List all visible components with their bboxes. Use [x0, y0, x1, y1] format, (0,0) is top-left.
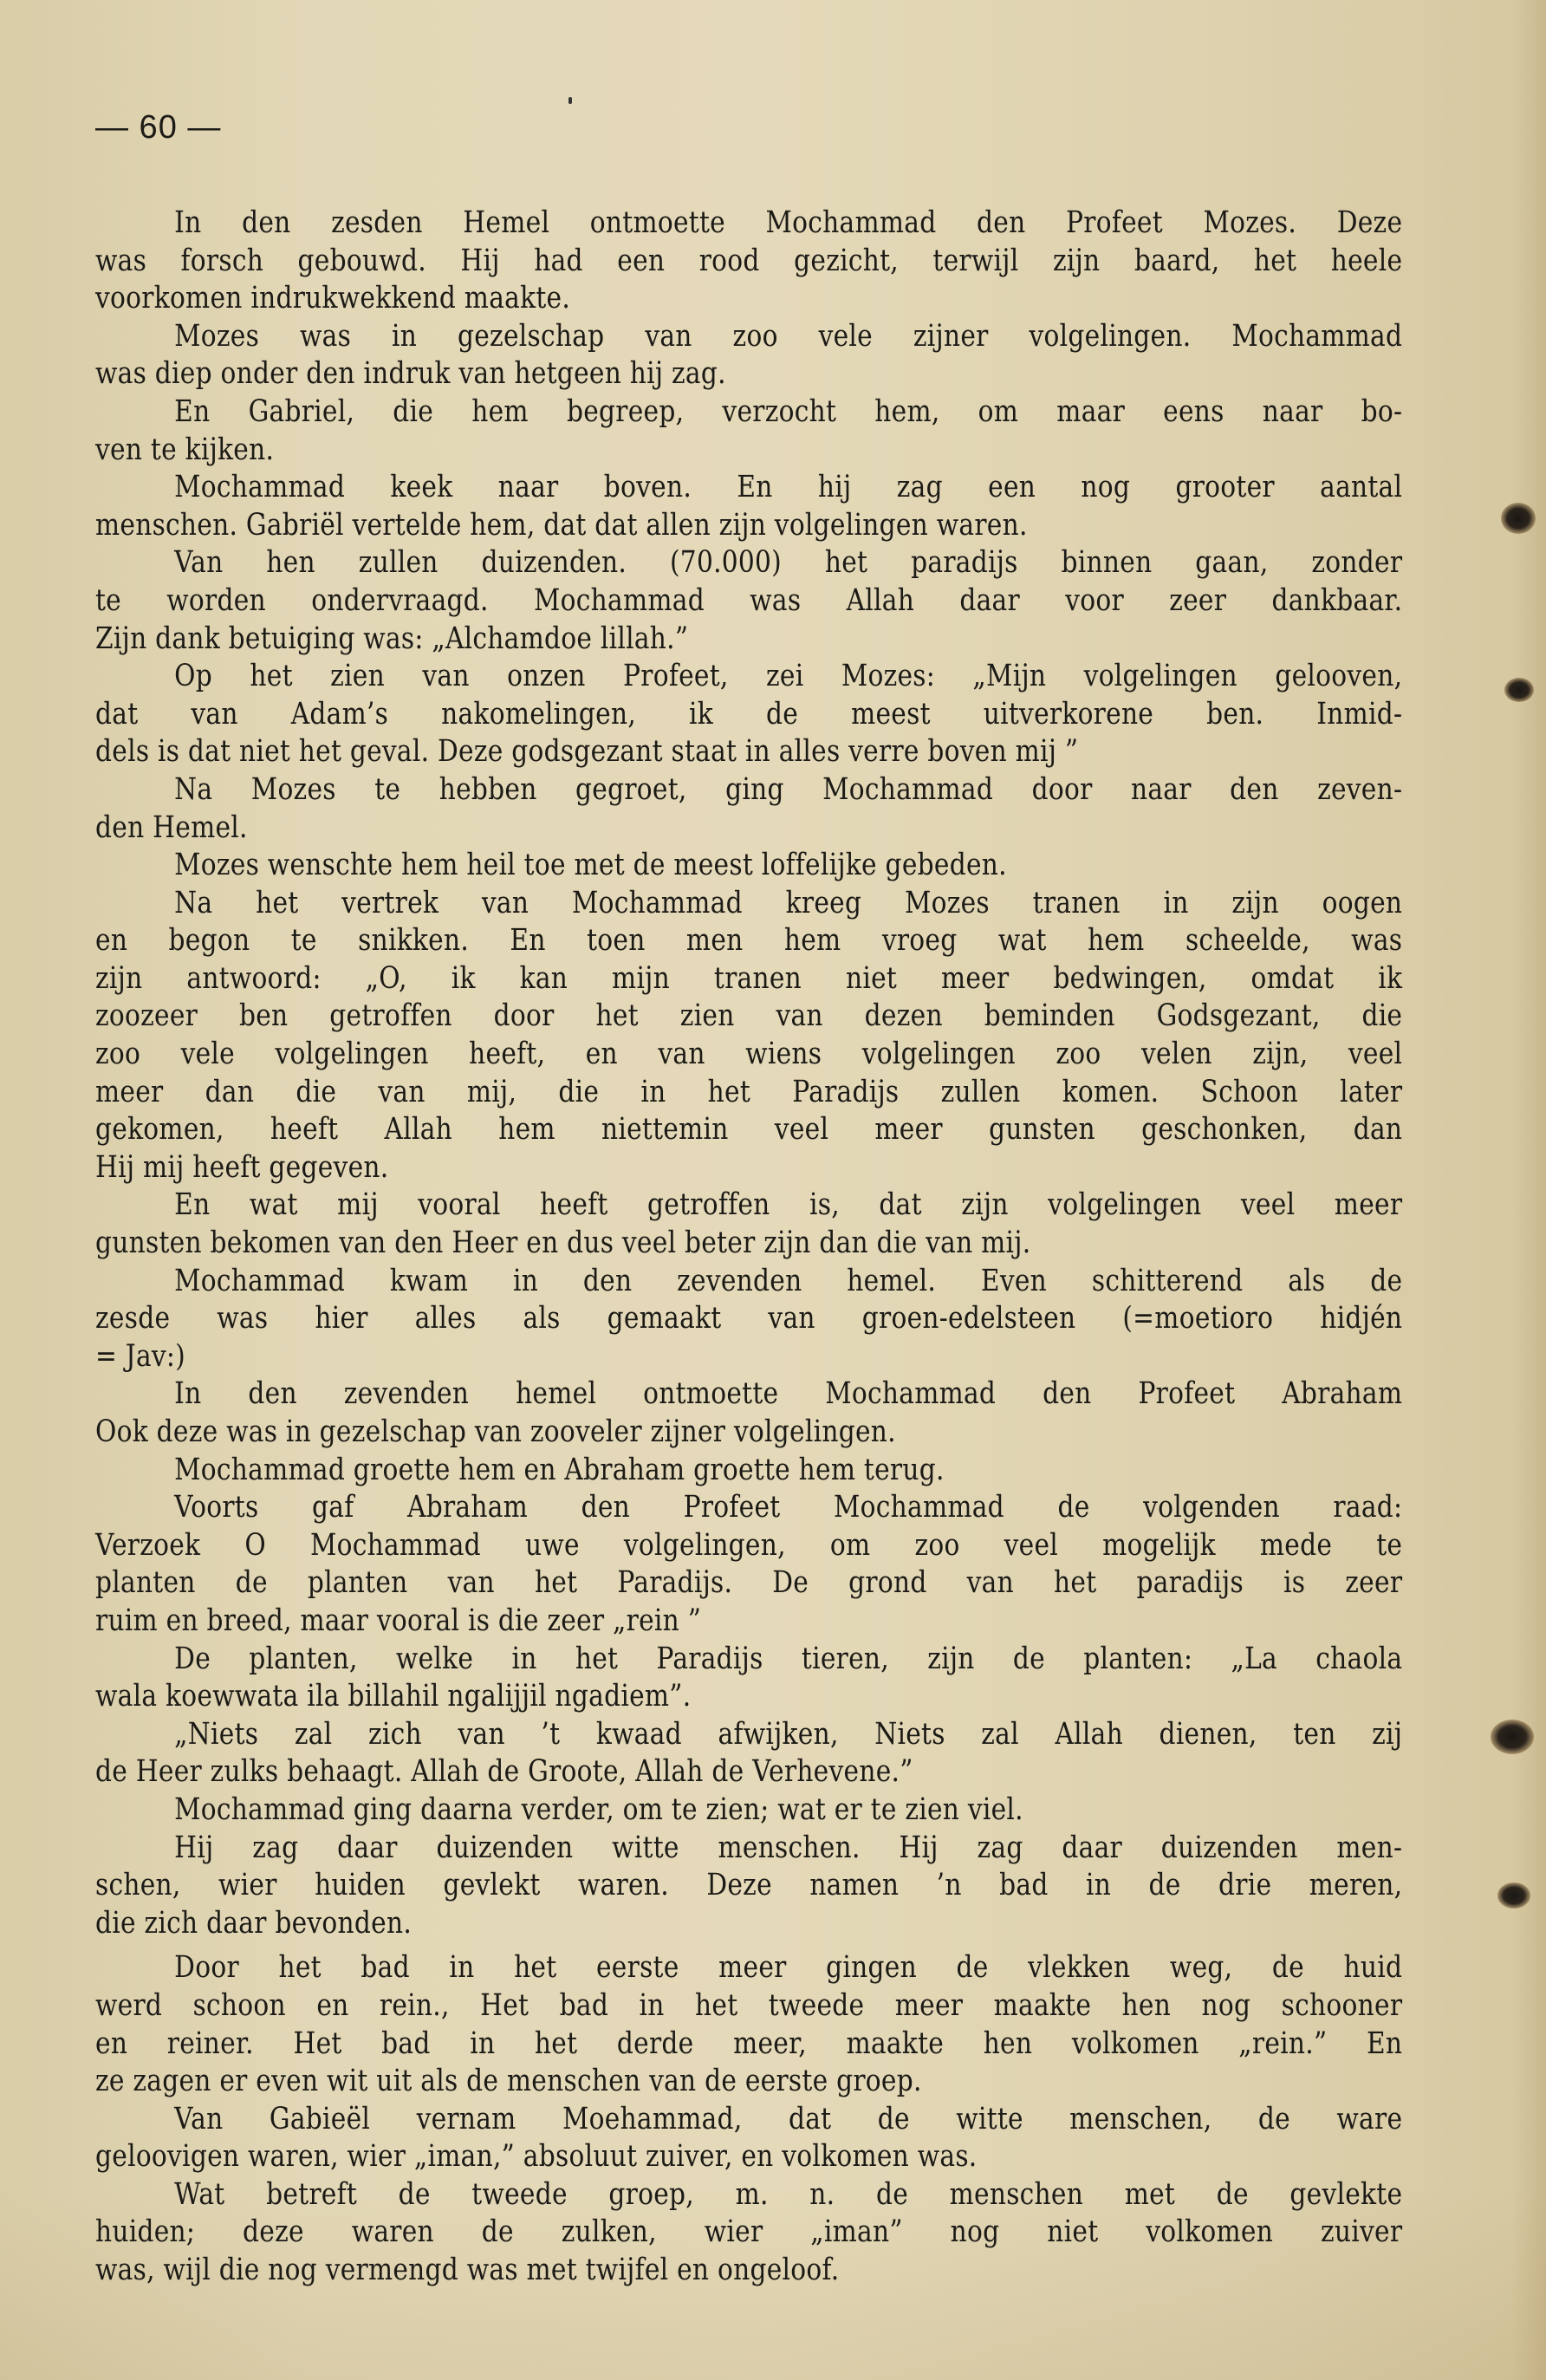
text-line: Na Mozes te hebben gegroet, ging Mochamm… — [95, 771, 1402, 810]
text-line: Na het vertrek van Mochammad kreeg Mozes… — [95, 885, 1402, 923]
text-line: Mozes was in gezelschap van zoo vele zij… — [95, 318, 1402, 356]
text-line: Mochammad groette hem en Abraham groette… — [95, 1452, 1402, 1490]
text-line: Zijn dank betuiging was: „Alchamdoe lill… — [95, 621, 1402, 659]
text-line: zoo vele volgelingen heeft, en van wiens… — [95, 1036, 1402, 1074]
text-line: Hij zag daar duizenden witte menschen. H… — [95, 1830, 1402, 1868]
text-line: = Jav:) — [95, 1338, 1402, 1376]
text-line: Mochammad keek naar boven. En hij zag ee… — [95, 469, 1402, 507]
text-line: planten de planten van het Paradijs. De … — [95, 1564, 1402, 1603]
text-line: „Niets zal zich van ’t kwaad afwijken, N… — [95, 1716, 1402, 1754]
text-line: ven te kijken. — [95, 432, 1402, 470]
binding-hole — [1497, 1883, 1530, 1909]
paragraph: Mozes was in gezelschap van zoo vele zij… — [95, 318, 1402, 393]
paragraph: Mochammad kwam in den zevenden hemel. Ev… — [95, 1263, 1402, 1376]
text-line: dels is dat niet het geval. Deze godsgez… — [95, 733, 1402, 771]
text-line: zoozeer ben getroffen door het zien van … — [95, 998, 1402, 1036]
text-line: Door het bad in het eerste meer gingen d… — [95, 1949, 1402, 1987]
text-line: te worden ondervraagd. Mochammad was All… — [95, 582, 1402, 621]
text-line: Verzoek O Mochammad uwe volgelingen, om … — [95, 1527, 1402, 1565]
ink-speck — [568, 97, 572, 104]
text-line: zijn antwoord: „O, ik kan mijn tranen ni… — [95, 960, 1402, 998]
paragraph: Na het vertrek van Mochammad kreeg Mozes… — [95, 885, 1402, 1187]
text-line: gekomen, heeft Allah hem niettemin veel … — [95, 1111, 1402, 1149]
text-line: Mozes wenschte hem heil toe met de meest… — [95, 847, 1402, 885]
text-line: de Heer zulks behaagt. Allah de Groote, … — [95, 1753, 1402, 1792]
text-line: Van Gabieël vernam Moehammad, dat de wit… — [95, 2101, 1402, 2139]
text-line: was diep onder den indruk van hetgeen hi… — [95, 355, 1402, 393]
paragraph: Hij zag daar duizenden witte menschen. H… — [95, 1830, 1402, 1943]
paragraph: Mochammad ging daarna verder, om te zien… — [95, 1792, 1402, 1830]
binding-hole — [1501, 503, 1536, 534]
paragraph: En Gabriel, die hem begreep, verzocht he… — [95, 393, 1402, 469]
paragraph: Op het zien van onzen Profeet, zei Mozes… — [95, 658, 1402, 771]
paragraph: In den zesden Hemel ontmoette Mochammad … — [95, 205, 1402, 318]
text-line: en reiner. Het bad in het derde meer, ma… — [95, 2026, 1402, 2064]
text-line: Voorts gaf Abraham den Profeet Mochammad… — [95, 1489, 1402, 1527]
text-line: wala koewwata ila billahil ngalijjil nga… — [95, 1678, 1402, 1716]
text-line: Mochammad kwam in den zevenden hemel. Ev… — [95, 1263, 1402, 1301]
paragraph: Van Gabieël vernam Moehammad, dat de wit… — [95, 2101, 1402, 2176]
text-line: En Gabriel, die hem begreep, verzocht he… — [95, 393, 1402, 432]
paragraph: Na Mozes te hebben gegroet, ging Mochamm… — [95, 771, 1402, 847]
paragraph: „Niets zal zich van ’t kwaad afwijken, N… — [95, 1716, 1402, 1792]
text-line: ze zagen er even wit uit als de menschen… — [95, 2063, 1402, 2101]
paragraph: Mochammad keek naar boven. En hij zag ee… — [95, 469, 1402, 544]
text-line: schen, wier huiden gevlekt waren. Deze n… — [95, 1867, 1402, 1905]
text-line: Ook deze was in gezelschap van zooveler … — [95, 1414, 1402, 1452]
page-edge-shading — [1511, 0, 1546, 2380]
page-number: — 60 — — [95, 109, 221, 146]
paragraph: De planten, welke in het Paradijs tieren… — [95, 1641, 1402, 1716]
text-line: en begon te snikken. En toen men hem vro… — [95, 922, 1402, 960]
text-line: dat van Adam’s nakomelingen, ik de meest… — [95, 696, 1402, 734]
text-line: Wat betreft de tweede groep, m. n. de me… — [95, 2176, 1402, 2214]
text-line: En wat mij vooral heeft getroffen is, da… — [95, 1187, 1402, 1225]
paragraph: Door het bad in het eerste meer gingen d… — [95, 1949, 1402, 2100]
text-line: Van hen zullen duizenden. (70.000) het p… — [95, 544, 1402, 582]
text-line: Mochammad ging daarna verder, om te zien… — [95, 1792, 1402, 1830]
binding-hole — [1491, 1720, 1534, 1754]
text-line: die zich daar bevonden. — [95, 1905, 1402, 1943]
text-line: huiden; deze waren de zulken, wier „iman… — [95, 2214, 1402, 2252]
document-body: In den zesden Hemel ontmoette Mochammad … — [95, 205, 1402, 2290]
text-line: voorkomen indrukwekkend maakte. — [95, 280, 1402, 318]
text-line: werd schoon en rein., Het bad in het twe… — [95, 1987, 1402, 2026]
paragraph: Mozes wenschte hem heil toe met de meest… — [95, 847, 1402, 885]
text-line: menschen. Gabriël vertelde hem, dat dat … — [95, 507, 1402, 545]
text-line: geloovigen waren, wier „iman,” absoluut … — [95, 2138, 1402, 2176]
paragraph: Mochammad groette hem en Abraham groette… — [95, 1452, 1402, 1490]
text-line: was forsch gebouwd. Hij had een rood gez… — [95, 243, 1402, 281]
text-line: In den zesden Hemel ontmoette Mochammad … — [95, 205, 1402, 243]
text-line: zesde was hier alles als gemaakt van gro… — [95, 1300, 1402, 1338]
text-line: Op het zien van onzen Profeet, zei Mozes… — [95, 658, 1402, 696]
binding-hole — [1504, 678, 1534, 702]
text-line: Hij mij heeft gegeven. — [95, 1149, 1402, 1187]
text-line: De planten, welke in het Paradijs tieren… — [95, 1641, 1402, 1679]
paragraph: Voorts gaf Abraham den Profeet Mochammad… — [95, 1489, 1402, 1640]
paragraph: In den zevenden hemel ontmoette Mochamma… — [95, 1375, 1402, 1451]
text-line: ruim en breed, maar vooral is die zeer „… — [95, 1603, 1402, 1641]
text-line: In den zevenden hemel ontmoette Mochamma… — [95, 1375, 1402, 1414]
text-line: meer dan die van mij, die in het Paradij… — [95, 1074, 1402, 1112]
text-line: was, wijl die nog vermengd was met twijf… — [95, 2252, 1402, 2290]
text-line: gunsten bekomen van den Heer en dus veel… — [95, 1225, 1402, 1263]
paragraph: En wat mij vooral heeft getroffen is, da… — [95, 1187, 1402, 1262]
paragraph: Wat betreft de tweede groep, m. n. de me… — [95, 2176, 1402, 2290]
text-line: den Hemel. — [95, 810, 1402, 848]
paragraph: Van hen zullen duizenden. (70.000) het p… — [95, 544, 1402, 658]
